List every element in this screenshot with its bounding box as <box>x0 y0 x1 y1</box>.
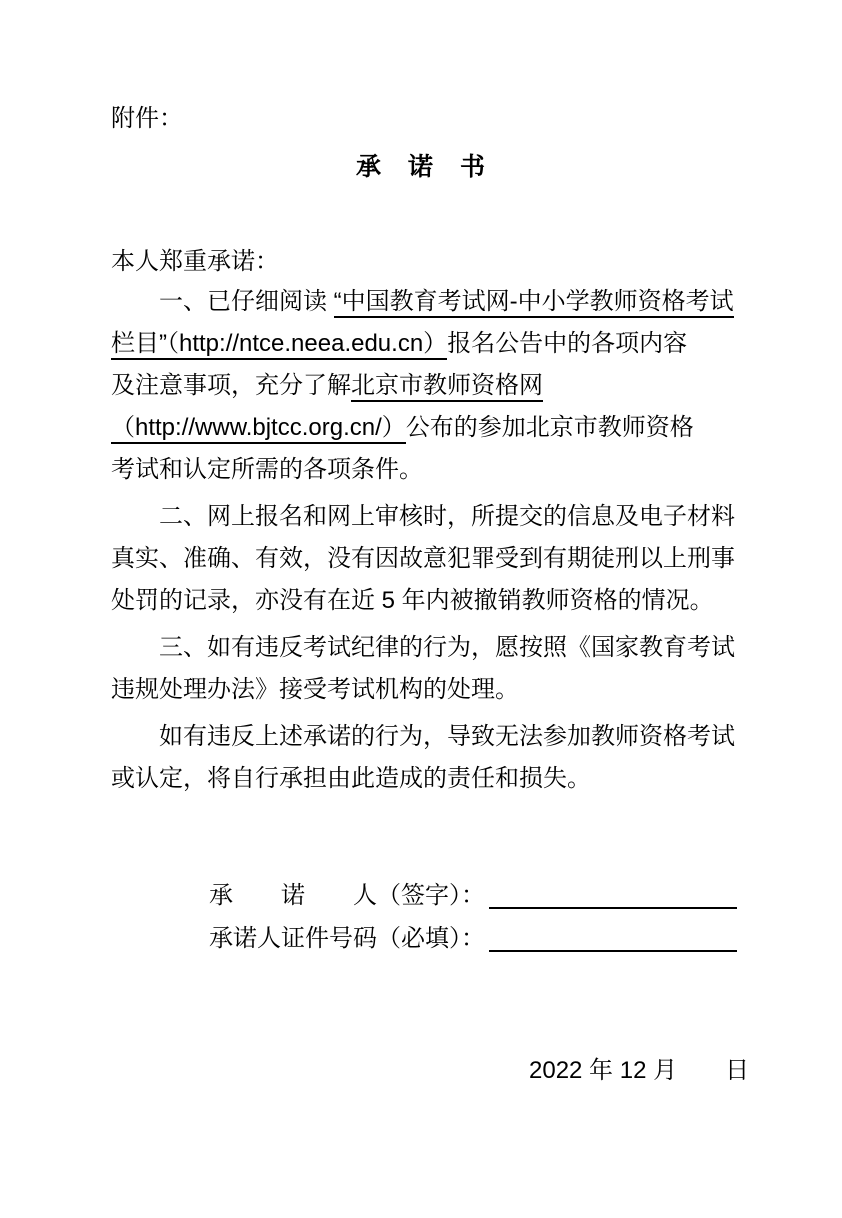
id-number-row: 承诺人证件号码（必填）： <box>193 917 737 960</box>
body-line: 三、如有违反考试纪律的行为，愿按照《国家教育考试 <box>111 627 736 669</box>
body-line: 违规处理办法》接受考试机构的处理。 <box>111 669 736 711</box>
document-body: 一、已仔细阅读 “中国教育考试网-中小学教师资格考试 栏目”（http://nt… <box>111 281 736 800</box>
signer-label: 承 诺 人（签字）： <box>193 874 485 917</box>
signature-block: 承 诺 人（签字）： 承诺人证件号码（必填）： <box>193 874 737 960</box>
pledge-intro: 本人郑重承诺： <box>111 246 279 278</box>
paragraph-three: 三、如有违反考试纪律的行为，愿按照《国家教育考试 违规处理办法》接受考试机构的处… <box>111 627 736 711</box>
paragraph-one: 一、已仔细阅读 “中国教育考试网-中小学教师资格考试 栏目”（http://nt… <box>111 281 736 491</box>
id-number-label: 承诺人证件号码（必填）： <box>193 917 485 960</box>
underlined-text: 北京市教师资格网 <box>351 372 543 402</box>
body-line: 如有违反上述承诺的行为，导致无法参加教师资格考试 <box>111 716 736 758</box>
body-line: 栏目”（http://ntce.neea.edu.cn）报名公告中的各项内容 <box>111 323 736 365</box>
attachment-label: 附件： <box>111 104 183 134</box>
body-line: （http://www.bjtcc.org.cn/）公布的参加北京市教师资格 <box>111 407 736 449</box>
body-line: 真实、准确、有效，没有因故意犯罪受到有期徒刑以上刑事 <box>111 538 736 580</box>
body-line: 及注意事项，充分了解北京市教师资格网 <box>111 365 736 407</box>
plain-text: 及注意事项，充分了解 <box>111 372 351 399</box>
paragraph-four: 如有违反上述承诺的行为，导致无法参加教师资格考试 或认定，将自行承担由此造成的责… <box>111 716 736 800</box>
body-line: 二、网上报名和网上审核时，所提交的信息及电子材料 <box>111 496 736 538</box>
id-number-line[interactable] <box>489 920 737 952</box>
underlined-text: “中国教育考试网-中小学教师资格考试 <box>334 288 734 318</box>
plain-text: 考试和认定所需的各项条件。 <box>111 456 423 483</box>
signature-row: 承 诺 人（签字）： <box>193 874 737 917</box>
signer-signature-line[interactable] <box>489 877 737 909</box>
underlined-text: （http://www.bjtcc.org.cn/） <box>111 414 406 444</box>
document-page: 附件： 承 诺 书 本人郑重承诺： 一、已仔细阅读 “中国教育考试网-中小学教师… <box>0 0 842 1218</box>
body-line: 处罚的记录，亦没有在近 5 年内被撤销教师资格的情况。 <box>111 580 736 622</box>
paragraph-two: 二、网上报名和网上审核时，所提交的信息及电子材料 真实、准确、有效，没有因故意犯… <box>111 496 736 622</box>
body-line: 一、已仔细阅读 “中国教育考试网-中小学教师资格考试 <box>111 281 736 323</box>
body-line: 或认定，将自行承担由此造成的责任和损失。 <box>111 758 736 800</box>
body-line: 考试和认定所需的各项条件。 <box>111 449 736 491</box>
plain-text: 报名公告中的各项内容 <box>447 330 687 357</box>
plain-text: 公布的参加北京市教师资格 <box>406 414 694 441</box>
date-line: 2022 年 12 月 日 <box>529 1054 749 1088</box>
plain-text: 一、已仔细阅读 <box>159 288 334 315</box>
document-title: 承 诺 书 <box>0 151 842 183</box>
underlined-text: 栏目”（http://ntce.neea.edu.cn） <box>111 330 447 360</box>
